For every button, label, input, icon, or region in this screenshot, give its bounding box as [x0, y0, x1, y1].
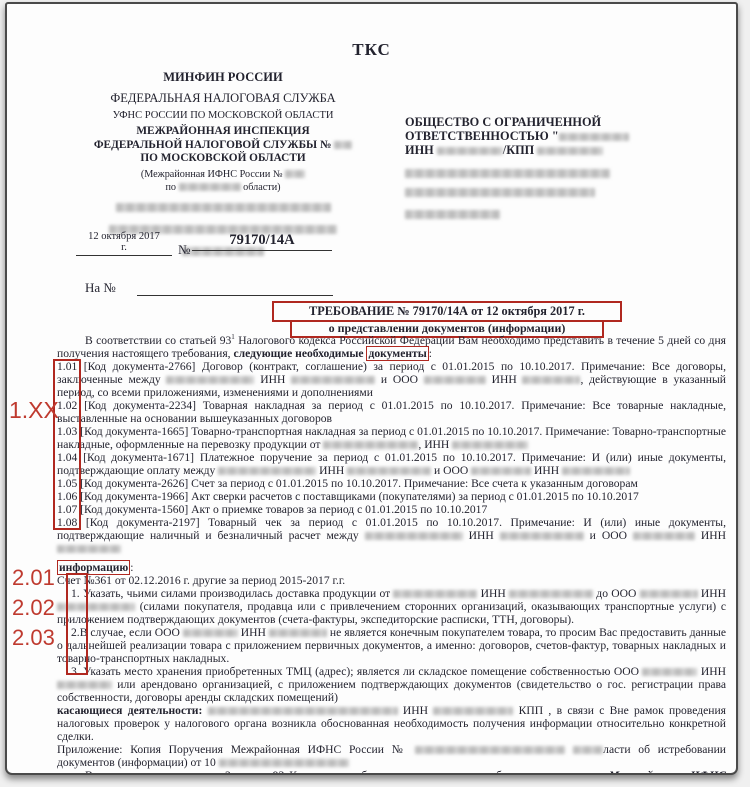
text-segment: и ООО: [375, 373, 424, 386]
item-1-01: 1.01 [Код документа-2766] Договор (контр…: [57, 360, 726, 399]
redacted-text: [509, 590, 593, 598]
concerning-activity: касающиеся деятельности: ИНН КПП , в свя…: [57, 704, 726, 743]
sender-ministry: МИНФИН РОССИИ: [58, 70, 388, 85]
redacted-text: [219, 759, 349, 767]
redacted-text: [334, 141, 352, 149]
text-segment: и ООО: [584, 529, 633, 542]
recipient-address-redacted-2: [405, 183, 727, 201]
redacted-text: [218, 467, 316, 475]
redacted-text: [562, 467, 630, 475]
redacted-text: [452, 441, 528, 449]
text-segment: 1.06 [Код документа-1966] Акт сверки рас…: [57, 490, 639, 503]
sender-inspection-line2: ФЕДЕРАЛЬНОЙ НАЛОГОВОЙ СЛУЖБЫ №: [58, 139, 388, 153]
annotation-label-2-03: 2.03: [12, 627, 55, 649]
attachment-line: Приложение: Копия Поручения Межрайонная …: [57, 743, 726, 769]
number-sign: №: [178, 242, 190, 258]
viewer-background: ТКС МИНФИН РОССИИ ФЕДЕРАЛЬНАЯ НАЛОГОВАЯ …: [0, 0, 750, 787]
reply-to-label: На №: [85, 280, 116, 296]
redacted-text: [166, 376, 254, 384]
redacted-text: [269, 629, 327, 637]
text-segment: В соответствии со статьей 93: [85, 334, 231, 347]
recipient-address-redacted-3: [405, 205, 727, 223]
text-segment: касающиеся деятельности:: [57, 704, 208, 717]
outgoing-date: 12 октября 2017 г.: [76, 231, 172, 256]
text-segment: 1.02 [Код документа-2234] Товарная накла…: [57, 399, 726, 425]
redacted-text: [291, 376, 375, 384]
annotation-label-2-01: 2.01: [12, 567, 55, 589]
redacted-text: [415, 746, 565, 754]
redacted-text: [208, 707, 398, 715]
item-1-04: 1.04 [Код документа-1671] Платежное пору…: [57, 451, 726, 477]
text-segment: 1. Указать, чьими силами производилась д…: [71, 587, 393, 600]
text-segment: ИНН: [254, 373, 291, 386]
text-segment: по: [165, 182, 178, 193]
text-segment: , ИНН: [418, 438, 452, 451]
document-page: ТКС МИНФИН РОССИИ ФЕДЕРАЛЬНАЯ НАЛОГОВАЯ …: [5, 2, 738, 775]
transport-label: ТКС: [7, 40, 736, 60]
text-segment: :: [429, 347, 432, 360]
redacted-text: [437, 147, 503, 155]
redacted-text: [365, 532, 463, 540]
redacted-text: [179, 183, 241, 191]
outgoing-number: 79170/14А: [192, 232, 332, 251]
recipient-inn-kpp: ИНН /КПП: [405, 144, 727, 158]
redacted-text: [471, 467, 531, 475]
redacted-text: [405, 210, 500, 219]
text-segment: :: [130, 561, 133, 574]
reply-to-underline: [137, 280, 333, 296]
text-segment: ИНН: [697, 665, 726, 678]
red-bracket-items-2: [66, 573, 88, 675]
text-segment: области): [241, 182, 281, 193]
redacted-text: [405, 188, 595, 197]
redacted-text: [57, 681, 112, 689]
redacted-text: [500, 532, 584, 540]
text-segment: и ООО: [431, 464, 471, 477]
red-bracket-items-1: [53, 359, 81, 530]
text-segment: или арендовано организацией, с приложени…: [57, 678, 726, 704]
text-segment: 1.07 [Код документа-1560] Акт о приемке …: [57, 503, 487, 516]
text-segment: ИНН: [695, 529, 726, 542]
redacted-text: [323, 441, 418, 449]
item-1-03: 1.03 [Код документа-1665] Товарно-трансп…: [57, 425, 726, 451]
sender-paren: (Межрайонная ИФНС России № по области): [58, 168, 388, 194]
annotation-label-1xx: 1.XX: [9, 399, 59, 421]
document-body: В соответствии со статьей 931 Налогового…: [57, 334, 726, 775]
closing-paragraph: В соответствии с пунктом 2 статьи 93 Код…: [57, 769, 726, 775]
intro-paragraph: В соответствии со статьей 931 Налогового…: [57, 334, 726, 360]
redacted-text: [393, 590, 477, 598]
sender-service: ФЕДЕРАЛЬНАЯ НАЛОГОВАЯ СЛУЖБА: [58, 91, 388, 106]
item-2-03: 3. Указать место хранения приобретенных …: [57, 665, 726, 704]
redacted-text: [433, 707, 513, 715]
recipient-block: ОБЩЕСТВО С ОГРАНИЧЕННОЙ ОТВЕТСТВЕННОСТЬЮ…: [405, 116, 727, 223]
red-highlight-box: документы: [366, 346, 428, 361]
text-segment: ИНН: [405, 143, 437, 157]
text-segment: Счет №361 от 02.12.2016 г. другие за пер…: [57, 574, 345, 587]
text-segment: 1.05 [Код документа-2626] Счет за период…: [57, 477, 638, 490]
item-1-07: 1.07 [Код документа-1560] Акт о приемке …: [57, 503, 726, 516]
sender-inspection: МЕЖРАЙОННАЯ ИНСПЕКЦИЯ ФЕДЕРАЛЬНОЙ НАЛОГО…: [58, 125, 388, 166]
redacted-text: [183, 629, 238, 637]
text-segment: ИНН: [531, 464, 562, 477]
redacted-text: [424, 376, 486, 384]
recipient-address-redacted-1: [405, 166, 727, 179]
information-heading: информацию:: [57, 561, 726, 574]
recipient-name-line2: ОТВЕТСТВЕННОСТЬЮ ": [405, 130, 727, 144]
item-1-02: 1.02 [Код документа-2234] Товарная накла…: [57, 399, 726, 425]
sender-inspection-line1: МЕЖРАЙОННАЯ ИНСПЕКЦИЯ: [58, 125, 388, 139]
redacted-text: [116, 203, 331, 212]
text-segment: В соответствии с пунктом 2 статьи 93 Код…: [85, 769, 599, 775]
demand-title-line1: ТРЕБОВАНИЕ № 79170/14А от 12 октября 201…: [272, 301, 622, 322]
text-segment: (Межрайонная ИФНС России №: [141, 169, 285, 180]
redacted-text: [347, 467, 431, 475]
text-segment: ИНН: [238, 626, 269, 639]
text-segment: (силами покупателя, продавца или с привл…: [57, 600, 726, 626]
sender-paren-line1: (Межрайонная ИФНС России №: [58, 168, 388, 181]
text-segment: ИНН: [398, 704, 434, 717]
text-segment: ИНН: [316, 464, 347, 477]
text-segment: ФЕДЕРАЛЬНОЙ НАЛОГОВОЙ СЛУЖБЫ №: [94, 139, 334, 151]
redacted-text: [57, 545, 121, 553]
text-segment: ИНН: [477, 587, 509, 600]
redacted-text: [573, 746, 603, 754]
text-segment: ИНН: [486, 373, 523, 386]
recipient-name-line1: ОБЩЕСТВО С ОГРАНИЧЕННОЙ: [405, 116, 727, 130]
redacted-text: [642, 668, 697, 676]
sender-address-redacted-1: [58, 198, 388, 216]
text-segment: [565, 743, 573, 756]
item-2-02: 2.В случае, если ООО ИНН не является кон…: [57, 626, 726, 665]
item-1-05: 1.05 [Код документа-2626] Счет за период…: [57, 477, 726, 490]
text-segment: следующие необходимые: [233, 347, 366, 360]
account-line: Счет №361 от 02.12.2016 г. другие за пер…: [57, 574, 726, 587]
redacted-text: [640, 590, 698, 598]
sender-paren-line2: по области): [58, 181, 388, 194]
redacted-text: [537, 147, 603, 155]
redacted-text: [405, 169, 610, 178]
text-segment: Приложение: Копия Поручения Межрайонная …: [57, 743, 415, 756]
annotation-label-2-02: 2.02: [12, 597, 55, 619]
text-segment: до ООО: [593, 587, 640, 600]
text-segment: ИНН: [463, 529, 500, 542]
item-1-08: 1.08 [Код документа-2197] Товарный чек з…: [57, 516, 726, 555]
item-1-06: 1.06 [Код документа-1966] Акт сверки рас…: [57, 490, 726, 503]
text-segment: ОТВЕТСТВЕННОСТЬЮ ": [405, 129, 559, 143]
outgoing-date-value: 12 октября 2017: [76, 231, 172, 242]
outgoing-date-year-abbr: г.: [76, 242, 172, 253]
text-segment: 3. Указать место хранения приобретенных …: [71, 665, 642, 678]
redacted-text: [285, 170, 305, 178]
sender-inspection-line3: ПО МОСКОВСКОЙ ОБЛАСТИ: [58, 152, 388, 166]
redacted-text: [633, 532, 695, 540]
item-2-01: 1. Указать, чьими силами производилась д…: [57, 587, 726, 626]
redacted-text: [522, 376, 580, 384]
text-segment: /КПП: [503, 143, 538, 157]
redacted-text: [559, 133, 629, 141]
sender-ufns: УФНС РОССИИ ПО МОСКОВСКОЙ ОБЛАСТИ: [58, 110, 388, 121]
text-segment: ИНН: [698, 587, 726, 600]
